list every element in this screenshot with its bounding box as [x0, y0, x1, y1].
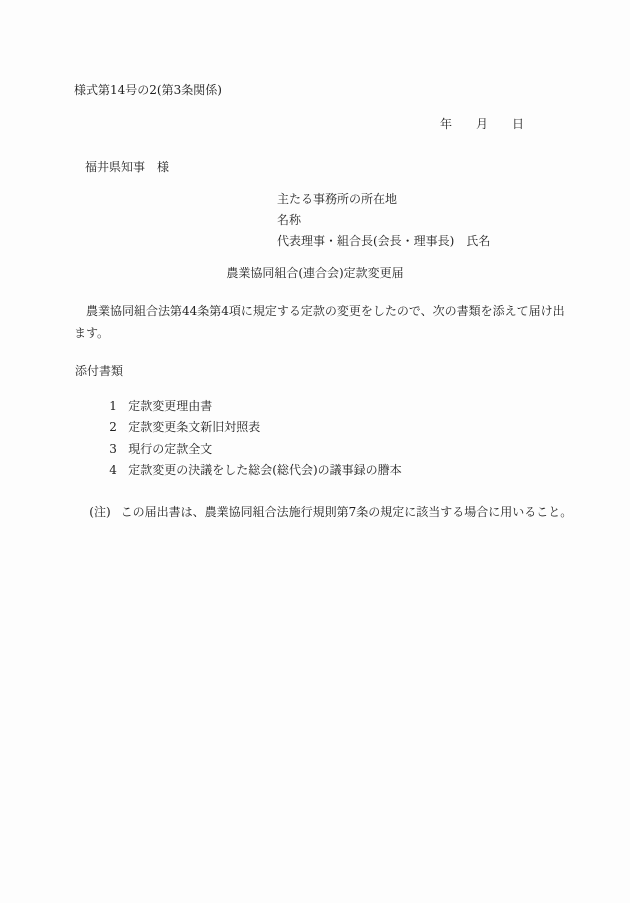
form-number: 様式第14号の2(第3条関係): [74, 82, 222, 98]
attachment-item: 4定款変更の決議をした総会(総代会)の議事録の謄本: [94, 446, 402, 494]
note-text: この届出書は、農業協同組合法施行規則第7条の規定に該当する場合に用いること。: [121, 505, 573, 519]
date-blank-line: 年 月 日: [440, 116, 524, 132]
addressee-line: 福井県知事 様: [85, 159, 169, 175]
note-label: (注): [89, 505, 110, 519]
attachments-header: 添付書類: [75, 363, 123, 379]
body-paragraph-line-2: ます。: [74, 325, 109, 341]
attachment-text: 定款変更の決議をした総会(総代会)の議事録の謄本: [128, 463, 401, 477]
document-page: 様式第14号の2(第3条関係) 年 月 日 福井県知事 様 主たる事務所の所在地…: [0, 0, 630, 903]
document-title: 農業協同組合(連合会)定款変更届: [0, 265, 630, 281]
sender-name-label: 名称: [277, 212, 301, 228]
body-paragraph-line-1: 農業協同組合法第44条第4項に規定する定款の変更をしたので、次の書類を添えて届け…: [74, 303, 565, 319]
note-line: (注)この届出書は、農業協同組合法施行規則第7条の規定に該当する場合に用いること…: [74, 488, 572, 536]
attachment-number: 4: [109, 462, 128, 478]
sender-representative-label: 代表理事・組合長(会長・理事長) 氏名: [277, 233, 490, 249]
sender-address-label: 主たる事務所の所在地: [277, 191, 397, 207]
